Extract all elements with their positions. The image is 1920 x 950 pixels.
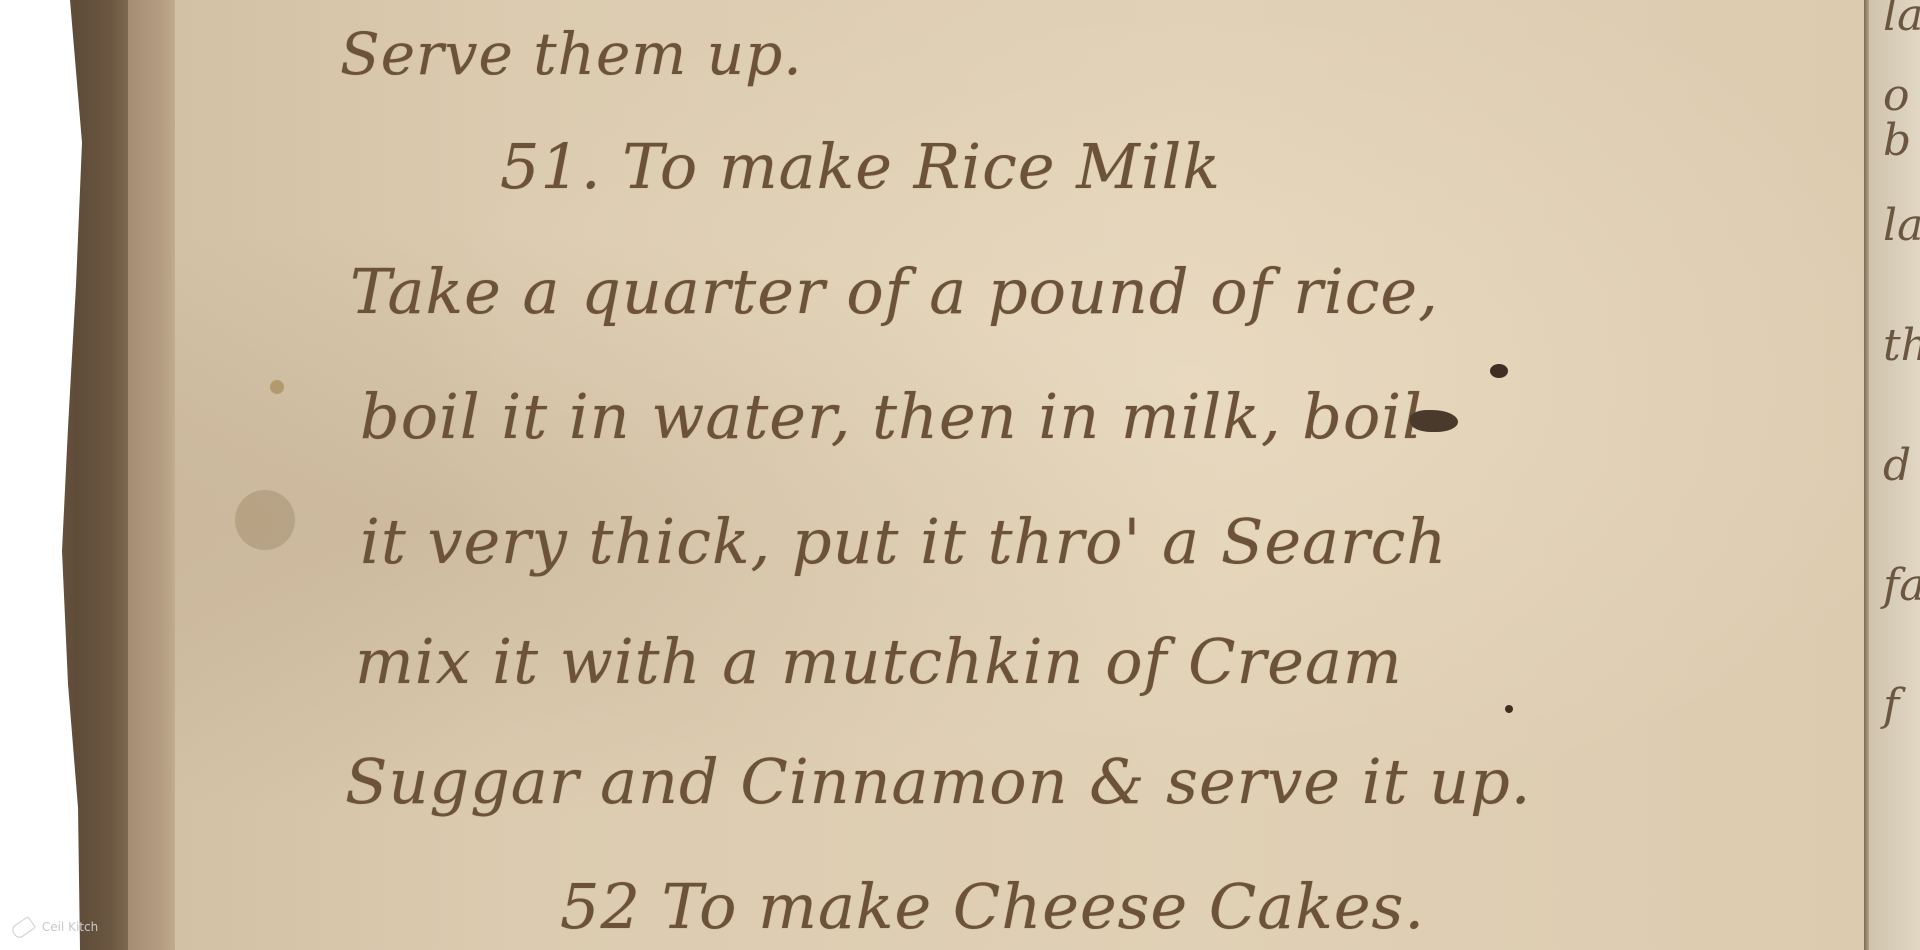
torn-binding-edge	[40, 0, 140, 950]
text-line: it very thick, put it thro' a Search	[360, 505, 1447, 578]
text-line: Take a quarter of a pound of rice,	[350, 255, 1439, 328]
facing-page-fragment: la	[1883, 200, 1920, 251]
watermark-text: Ceil Kitch	[42, 920, 98, 934]
facing-page-fragment: f	[1883, 680, 1899, 731]
watermark-logo: Ceil Kitch	[12, 920, 98, 935]
ink-dot	[1505, 705, 1513, 713]
manuscript-scan: Serve them up. 51. To make Rice Milk Tak…	[0, 0, 1920, 950]
text-line: mix it with a mutchkin of Cream	[355, 625, 1403, 698]
recipe-52-heading: 52 To make Cheese Cakes.	[560, 870, 1425, 943]
facing-page-fragment: b	[1883, 115, 1911, 166]
facing-page-fragment: th	[1883, 320, 1920, 371]
key-icon	[10, 915, 36, 939]
ink-blot	[1490, 364, 1508, 378]
text-line-serve-them-up: Serve them up.	[340, 20, 803, 88]
recipe-51-heading: 51. To make Rice Milk	[500, 130, 1221, 203]
paper-stain	[270, 380, 284, 394]
facing-page-fragment: la	[1883, 0, 1920, 41]
ink-smudge	[1410, 410, 1458, 432]
paper-stain	[235, 490, 295, 550]
facing-page-fragment: o	[1883, 70, 1910, 121]
facing-page-fragment: d	[1883, 440, 1911, 491]
facing-page-fragment: fa	[1883, 560, 1920, 611]
text-line: Suggar and Cinnamon & serve it up.	[345, 745, 1531, 818]
text-line: boil it in water, then in milk, boil	[360, 380, 1423, 453]
facing-page: la o b la th d fa f	[1869, 0, 1920, 950]
